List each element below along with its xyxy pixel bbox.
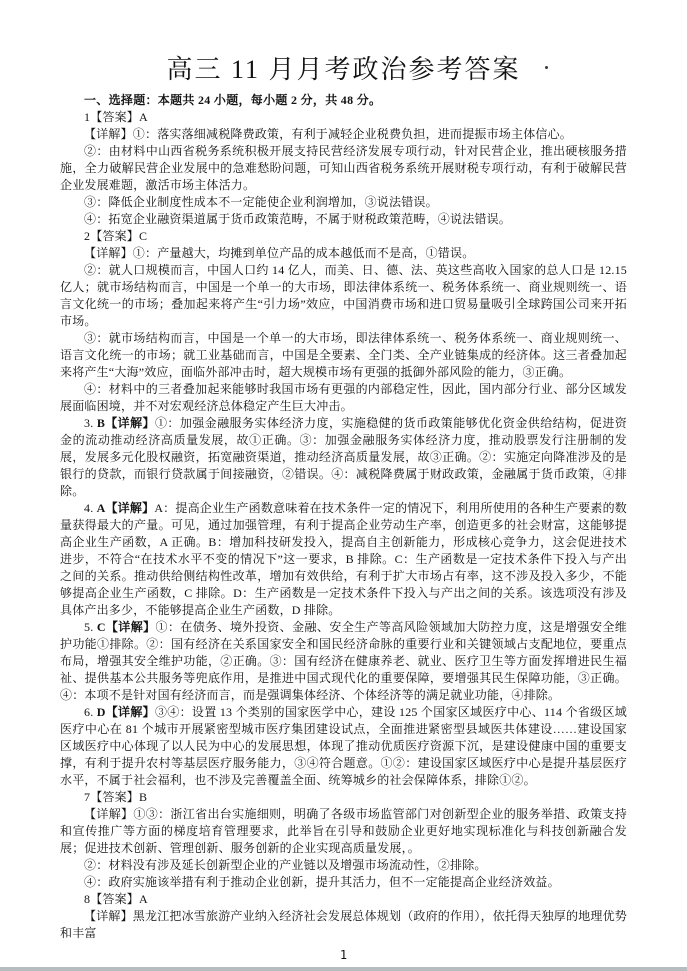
answer-text: 3. [84, 416, 97, 430]
document-title: 高三 11 月月考政治参考答案 [60, 53, 627, 87]
answer-text: ②：由材料中山西省税务系统积极开展支持民营经济发展专项行动，针对民营企业，推出硬… [60, 144, 627, 192]
answer-text: ②：就人口规模而言，中国人口约 14 亿人，而美、日、德、法、英这些高收入国家的… [60, 263, 627, 328]
answer-paragraph: ②：材料没有涉及延长创新型企业的产业链以及增强市场流动性，②排除。 [60, 857, 627, 874]
answer-text: ③：就市场结构而言，中国是一个单一的大市场，即法律体系统一、税务体系统一、商业规… [60, 331, 627, 379]
answer-text: ②：材料没有涉及延长创新型企业的产业链以及增强市场流动性，②排除。 [84, 858, 487, 872]
answer-lead: D【详解】 [97, 705, 155, 719]
answer-text: 8【答案】A [84, 892, 148, 906]
answer-paragraph: ④：拓宽企业融资渠道属于货币政策范畴，不属于财税政策范畴，④说法错误。 [60, 211, 627, 228]
document-page: 高三 11 月月考政治参考答案 一、选择题：本题共 24 小题，每小题 2 分，… [0, 0, 687, 971]
answer-text: ③：降低企业制度性成本不一定能使企业利润增加，③说法错误。 [84, 195, 438, 209]
answer-lead: B【详解】 [97, 416, 155, 430]
answer-paragraph: 5. C【详解】①：在债务、境外投资、金融、安全生产等高风险领域加大防控力度，这… [60, 619, 627, 704]
answer-paragraph: 3. B【详解】①：加强金融服务实体经济力度，实施稳健的货币政策能够优化资金供给… [60, 415, 627, 500]
answer-paragraph: 【详解】①：落实落细减税降费政策，有利于减轻企业税费负担，进而提振市场主体信心。 [60, 126, 627, 143]
answer-text: ④：材料中的三者叠加起来能够时我国市场有更强的内部稳定性，因此，国内部分行业、部… [60, 382, 627, 413]
answer-paragraph: 6. D【详解】③④：设置 13 个类别的国家医学中心，建设 125 个国家区域… [60, 704, 627, 789]
answer-text: ④：拓宽企业融资渠道属于货币政策范畴，不属于财税政策范畴，④说法错误。 [84, 212, 511, 226]
page-number: 1 [60, 947, 627, 964]
answer-paragraph: ④：政府实施该举措有利于推动企业创新，提升其活力，但不一定能提高企业经济效益。 [60, 874, 627, 891]
answer-paragraph: ④：材料中的三者叠加起来能够时我国市场有更强的内部稳定性，因此，国内部分行业、部… [60, 381, 627, 415]
answer-text: 5. [84, 620, 97, 634]
answer-paragraph: ②：就人口规模而言，中国人口约 14 亿人，而美、日、德、法、英这些高收入国家的… [60, 262, 627, 330]
answer-text: 4. [84, 501, 97, 515]
answer-paragraph: 8【答案】A [60, 891, 627, 908]
answer-paragraph: 4. A【详解】A：提高企业生产函数意味着在技术条件一定的情况下，利用所使用的各… [60, 500, 627, 619]
answer-paragraph: 【详解】①③：浙江省出台实施细则，明确了各级市场监管部门对创新型企业的服务举措、… [60, 806, 627, 857]
answer-paragraph: 【详解】①：产量越大，均摊到单位产品的成本越低而不是高，①错误。 [60, 245, 627, 262]
answer-text: 7【答案】B [84, 790, 147, 804]
answer-lead: C【详解】 [97, 620, 156, 634]
answer-text: 6. [84, 705, 97, 719]
answer-text: 【详解】①：产量越大，均摊到单位产品的成本越低而不是高，①错误。 [84, 246, 474, 260]
answer-text: 【详解】①：落实落细减税降费政策，有利于减轻企业税费负担，进而提振市场主体信心。 [84, 127, 572, 141]
section-heading: 一、选择题：本题共 24 小题，每小题 2 分，共 48 分。 [60, 92, 627, 109]
answer-body: 1【答案】A【详解】①：落实落细减税降费政策，有利于减轻企业税费负担，进而提振市… [60, 109, 627, 942]
stray-mark [545, 66, 548, 69]
answer-paragraph: 7【答案】B [60, 789, 627, 806]
answer-paragraph: ②：由材料中山西省税务系统积极开展支持民营经济发展专项行动，针对民营企业，推出硬… [60, 143, 627, 194]
answer-paragraph: 1【答案】A [60, 109, 627, 126]
answer-text: A：提高企业生产函数意味着在技术条件一定的情况下，利用所使用的各种生产要素的数量… [60, 501, 627, 617]
answer-paragraph: 【详解】黑龙江把冰雪旅游产业纳入经济社会发展总体规划（政府的作用），依托得天独厚… [60, 908, 627, 942]
answer-text: 2【答案】C [84, 229, 147, 243]
answer-lead: A【详解】 [97, 501, 155, 515]
answer-paragraph: ③：降低企业制度性成本不一定能使企业利润增加，③说法错误。 [60, 194, 627, 211]
answer-text: 【详解】①③：浙江省出台实施细则，明确了各级市场监管部门对创新型企业的服务举措、… [60, 807, 627, 855]
answer-text: 1【答案】A [84, 110, 148, 124]
answer-text: ④：政府实施该举措有利于推动企业创新，提升其活力，但不一定能提高企业经济效益。 [84, 875, 560, 889]
answer-text: 【详解】黑龙江把冰雪旅游产业纳入经济社会发展总体规划（政府的作用），依托得天独厚… [60, 909, 627, 940]
answer-paragraph: ③：就市场结构而言，中国是一个单一的大市场，即法律体系统一、税务体系统一、商业规… [60, 330, 627, 381]
answer-paragraph: 2【答案】C [60, 228, 627, 245]
page-bottom-edge [0, 967, 687, 971]
